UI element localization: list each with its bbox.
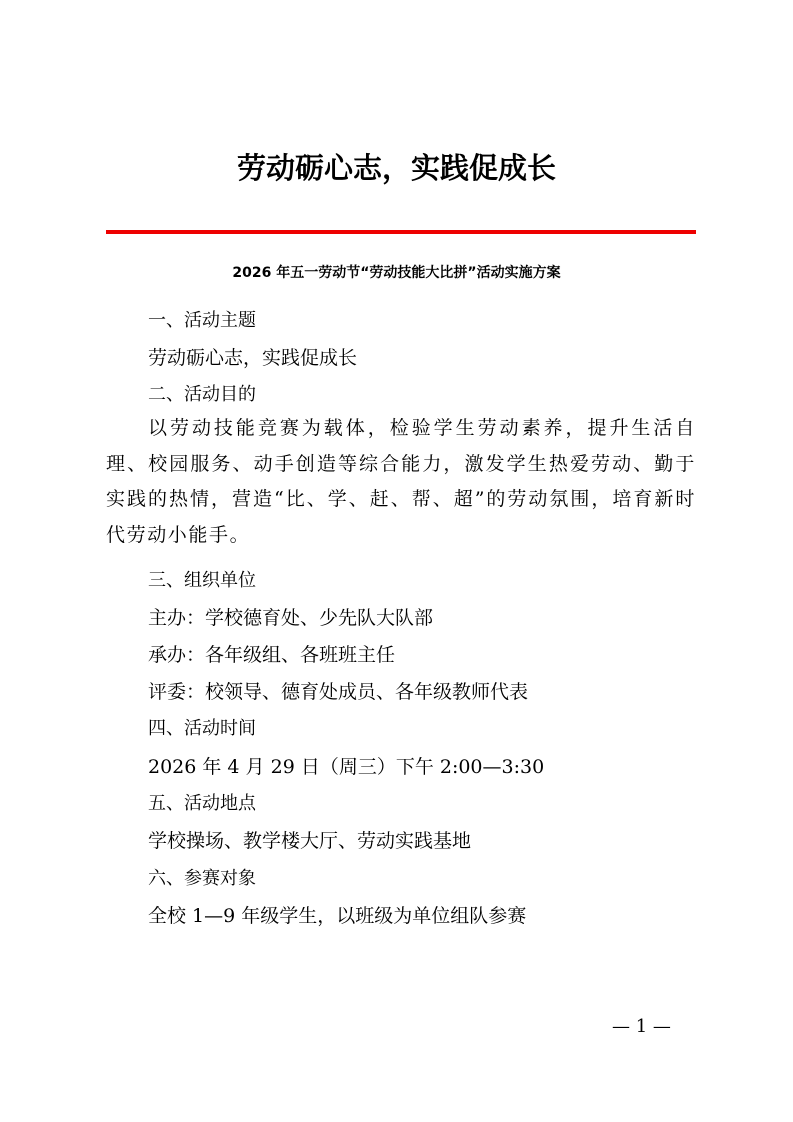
- document-subtitle: 2026 年五一劳动节“劳动技能大比拼”活动实施方案: [0, 262, 793, 282]
- page-number: — 1 —: [612, 1016, 671, 1037]
- participants-text: 全校 1—9 年级学生，以班级为单位组队参赛: [148, 901, 526, 928]
- section-heading-location: 五、活动地点: [148, 789, 256, 815]
- red-divider-line: [106, 230, 696, 234]
- organizer-judges: 评委：校领导、德育处成员、各年级教师代表: [148, 677, 528, 704]
- section-heading-time: 四、活动时间: [148, 714, 256, 740]
- activity-location: 学校操场、教学楼大厅、劳动实践基地: [148, 826, 471, 853]
- section-heading-organizers: 三、组织单位: [148, 566, 256, 592]
- organizer-undertaker: 承办：各年级组、各班班主任: [148, 640, 395, 667]
- section-heading-purpose: 二、活动目的: [148, 380, 256, 406]
- document-title: 劳动砺心志，实践促成长: [0, 146, 793, 187]
- activity-time: 2026 年 4 月 29 日（周三）下午 2:00—3:30: [148, 752, 544, 779]
- section-heading-theme: 一、活动主题: [148, 306, 256, 332]
- purpose-paragraph: 以劳动技能竞赛为载体，检验学生劳动素养，提升生活自理、校园服务、动手创造等综合能…: [106, 411, 696, 553]
- theme-text: 劳动砺心志，实践促成长: [148, 343, 357, 370]
- organizer-host: 主办：学校德育处、少先队大队部: [148, 603, 433, 630]
- section-heading-participants: 六、参赛对象: [148, 864, 256, 890]
